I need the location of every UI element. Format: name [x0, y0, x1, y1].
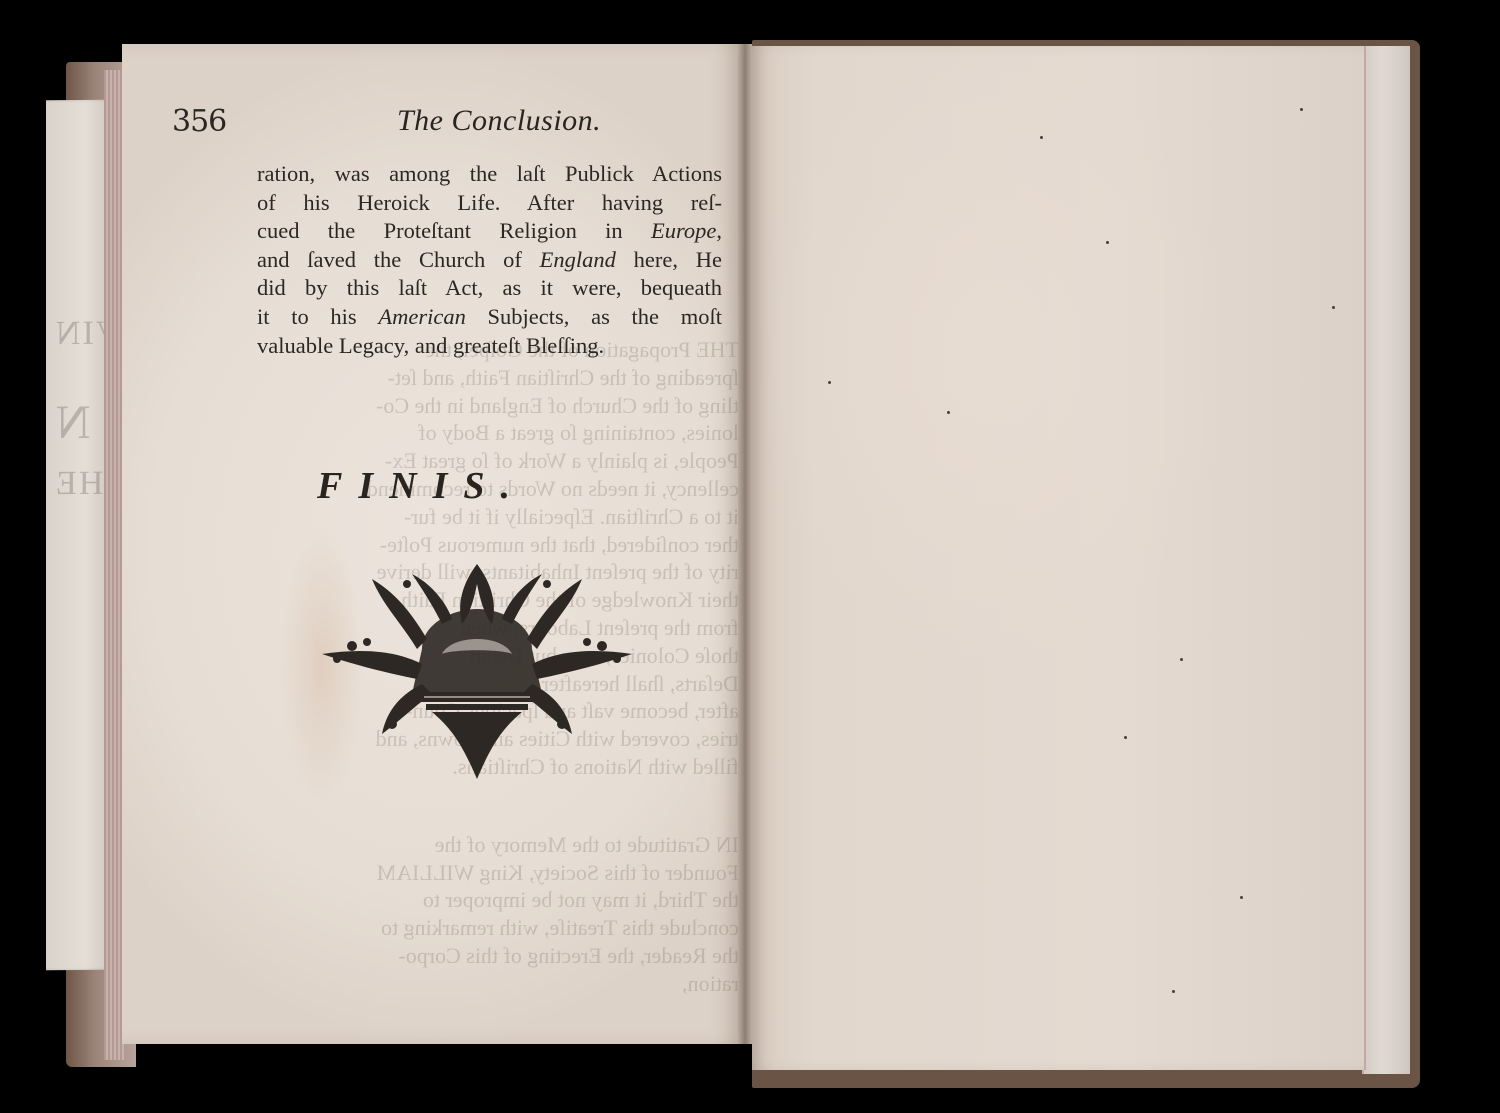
- right-page-blank: [752, 46, 1366, 1070]
- foxing-speck: [1040, 136, 1043, 139]
- foxing-speck: [1106, 241, 1109, 244]
- foxing-speck: [1240, 896, 1243, 899]
- foxing-speck: [1332, 306, 1335, 309]
- running-head: The Conclusion.: [397, 104, 601, 138]
- text-line: did by this laſt Act, as it were, bequea…: [257, 274, 722, 303]
- left-page: THE Propagation of the Goſpel, the ſprea…: [122, 44, 742, 1044]
- page-number: 356: [172, 104, 226, 139]
- foxing-speck: [1300, 108, 1303, 111]
- text-segment: here, He: [616, 247, 722, 272]
- foxing-speck: [1180, 658, 1183, 661]
- italic-word: Europe: [651, 218, 716, 243]
- bleed-line: tling of the Church of England in the Co…: [274, 392, 739, 420]
- floral-ornament-icon: [312, 554, 642, 784]
- text-segment: Subjects, as the moſt: [466, 304, 722, 329]
- body-text: ration, was among the laſt Publick Actio…: [257, 160, 722, 360]
- bleed-line: the Reader, the Erecting of this Corpo-: [274, 942, 739, 970]
- flyleaf-fragment: HE: [54, 465, 103, 503]
- foxing-speck: [828, 381, 831, 384]
- italic-word: England: [540, 247, 616, 272]
- bleed-line: ration,: [274, 970, 739, 998]
- text-line: cued the Proteſtant Religion in Europe,: [257, 217, 722, 246]
- bleed-line: Founder of this Society, King WILLIAM: [274, 859, 739, 887]
- italic-word: American: [378, 304, 465, 329]
- book-gutter: [738, 44, 752, 1044]
- book-spread: VIN N HE THE Propagation of the Goſpel, …: [0, 0, 1500, 1113]
- text-segment: it to his: [257, 304, 378, 329]
- bleed-line: ſpreading of the Chriſtian Faith, and ſe…: [274, 364, 739, 392]
- bleed-line: IN Gratitude to the Memory of the: [274, 831, 739, 859]
- text-line: ration, was among the laſt Publick Actio…: [257, 160, 722, 189]
- text-line: of his Heroick Life. After having reſ-: [257, 189, 722, 218]
- flyleaf-fragment: N: [54, 395, 91, 450]
- text-line: and ſaved the Church of England here, He: [257, 246, 722, 275]
- bleed-line: lonies, containing ſo great a Body of: [274, 419, 739, 447]
- foxing-speck: [1124, 736, 1127, 739]
- foxing-speck: [1172, 990, 1175, 993]
- right-page-edges: [1362, 46, 1410, 1074]
- text-segment: ,: [716, 218, 722, 243]
- bleed-spacer: [274, 781, 739, 831]
- foxing-speck: [947, 411, 950, 414]
- finis-heading: FINIS.: [317, 464, 526, 508]
- text-line: it to his American Subjects, as the moſt: [257, 303, 722, 332]
- bleed-line: conclude this Treatiſe, with remarking t…: [274, 914, 739, 942]
- left-flyleaf: VIN N HE: [46, 100, 112, 970]
- text-segment: cued the Proteſtant Religion in: [257, 218, 651, 243]
- text-segment: and ſaved the Church of: [257, 247, 540, 272]
- bleed-line: the Third, it may not be improper to: [274, 886, 739, 914]
- text-line: valuable Legacy, and greateſt Bleſſing.: [257, 332, 722, 361]
